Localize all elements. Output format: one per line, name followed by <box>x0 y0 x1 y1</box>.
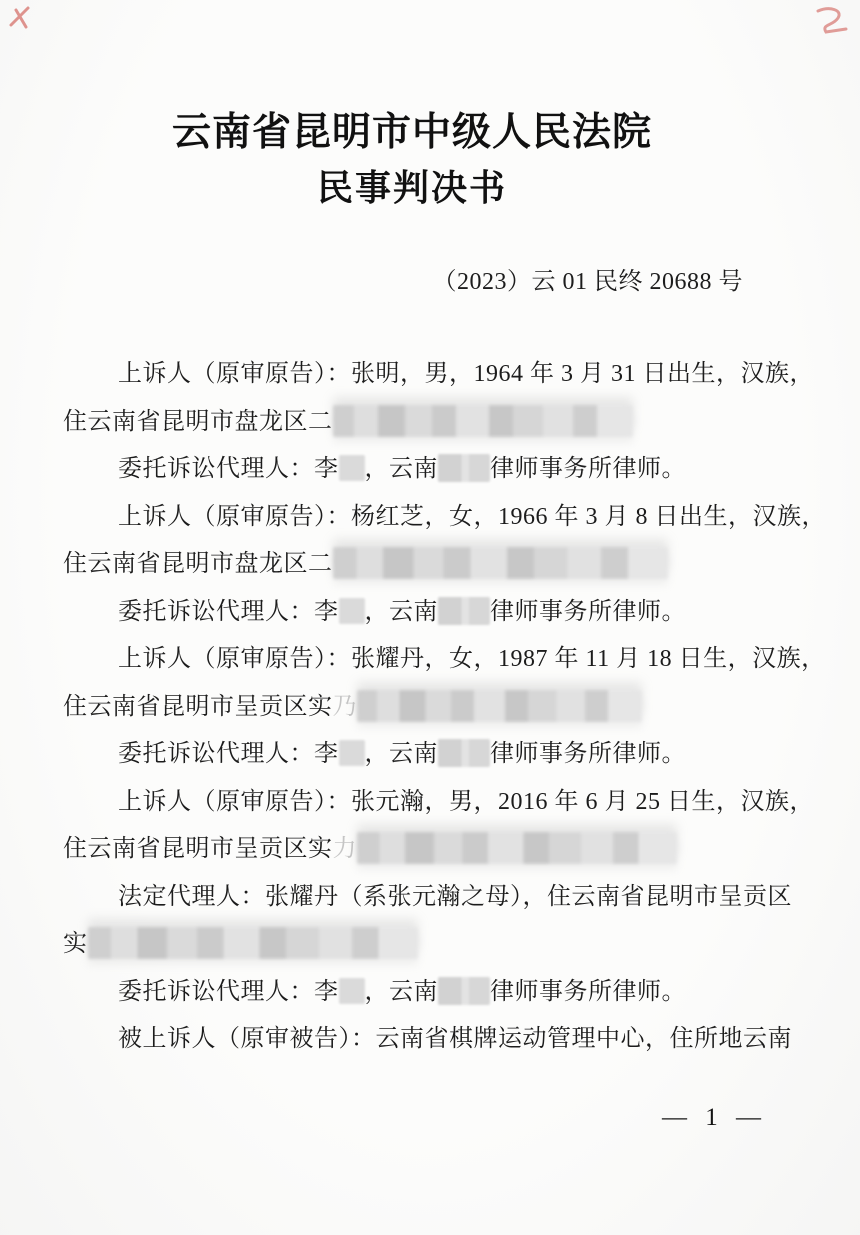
line-text: 法定代理人：张耀丹（系张元瀚之母），住云南省昆明市呈贡区 <box>118 884 792 910</box>
redacted-region <box>357 690 642 722</box>
body-line: 住云南省昆明市盘龙区二 <box>63 399 800 447</box>
line-text: 住云南省昆明市呈贡区实 <box>63 694 333 720</box>
line-text: 委托诉讼代理人：李 <box>118 979 339 1005</box>
body-line: 委托诉讼代理人：李，云南律师事务所律师。 <box>63 589 800 637</box>
line-text: 被上诉人（原审被告）：云南省棋牌运动管理中心，住所地云南 <box>118 1026 792 1052</box>
line-text: 实 <box>63 931 88 957</box>
body-line: 上诉人（原审原告）：张明，男，1964 年 3 月 31 日出生，汉族， <box>63 351 800 399</box>
redacted-region <box>438 597 490 625</box>
line-text: 律师事务所律师。 <box>490 456 686 482</box>
line-text: ，云南 <box>365 741 439 767</box>
redacted-region <box>88 927 418 959</box>
body-line: 上诉人（原审原告）：张耀丹，女，1987 年 11 月 18 日生，汉族， <box>63 636 800 684</box>
redacted-region <box>339 598 365 624</box>
document-body: 上诉人（原审原告）：张明，男，1964 年 3 月 31 日出生，汉族，住云南省… <box>63 351 800 1064</box>
line-text: 上诉人（原审原告）：张明，男，1964 年 3 月 31 日出生，汉族， <box>118 361 814 387</box>
page-number: — 1 — <box>662 1104 767 1132</box>
line-text: ，云南 <box>365 979 439 1005</box>
court-name-title: 云南省昆明市中级人民法院 <box>0 104 824 162</box>
line-text: 上诉人（原审原告）：杨红芝，女，1966 年 3 月 8 日出生，汉族， <box>118 504 826 530</box>
body-line: 法定代理人：张耀丹（系张元瀚之母），住云南省昆明市呈贡区 <box>63 874 800 922</box>
line-text: 委托诉讼代理人：李 <box>118 599 339 625</box>
redacted-region <box>333 405 633 437</box>
line-text: 住云南省昆明市呈贡区实 <box>63 836 333 862</box>
line-text: 上诉人（原审原告）：张元瀚，男，2016 年 6 月 25 日生，汉族， <box>118 789 814 815</box>
body-line: 实 <box>63 921 800 969</box>
redacted-region <box>357 832 677 864</box>
line-text: 委托诉讼代理人：李 <box>118 456 339 482</box>
redacted-region <box>438 739 490 767</box>
body-line: 住云南省昆明市呈贡区实乃 <box>63 684 800 732</box>
case-number: （2023）云 01 民终 20688 号 <box>433 261 744 296</box>
line-text: 住云南省昆明市盘龙区二 <box>63 551 333 577</box>
line-text: 委托诉讼代理人：李 <box>118 741 339 767</box>
body-line: 上诉人（原审原告）：张元瀚，男，2016 年 6 月 25 日生，汉族， <box>63 779 800 827</box>
body-line: 委托诉讼代理人：李，云南律师事务所律师。 <box>63 731 800 779</box>
line-text: 律师事务所律师。 <box>490 599 686 625</box>
line-text: 律师事务所律师。 <box>490 741 686 767</box>
redacted-region <box>438 977 490 1005</box>
body-line: 上诉人（原审原告）：杨红芝，女，1966 年 3 月 8 日出生，汉族， <box>63 494 800 542</box>
document-type-title: 民事判决书 <box>0 162 824 214</box>
judgment-document-page: 云南省昆明市中级人民法院 民事判决书 （2023）云 01 民终 20688 号… <box>0 0 860 1235</box>
redacted-region <box>339 978 365 1004</box>
red-pen-mark-icon <box>6 3 36 33</box>
line-text: ，云南 <box>365 599 439 625</box>
line-text: 住云南省昆明市盘龙区二 <box>63 409 333 435</box>
redacted-region <box>333 547 668 579</box>
red-pen-scribble-icon <box>811 4 853 40</box>
body-line: 住云南省昆明市呈贡区实力 <box>63 826 800 874</box>
body-line: 委托诉讼代理人：李，云南律师事务所律师。 <box>63 446 800 494</box>
body-line: 委托诉讼代理人：李，云南律师事务所律师。 <box>63 969 800 1017</box>
line-text: 上诉人（原审原告）：张耀丹，女，1987 年 11 月 18 日生，汉族， <box>118 646 826 672</box>
faded-partial-text: 乃 <box>333 694 358 720</box>
faded-partial-text: 力 <box>333 836 358 862</box>
line-text: 律师事务所律师。 <box>490 979 686 1005</box>
redacted-region <box>339 740 365 766</box>
redacted-region <box>438 454 490 482</box>
line-text: ，云南 <box>365 456 439 482</box>
body-line: 住云南省昆明市盘龙区二 <box>63 541 800 589</box>
document-header: 云南省昆明市中级人民法院 民事判决书 <box>0 104 824 214</box>
redacted-region <box>339 455 365 481</box>
body-line: 被上诉人（原审被告）：云南省棋牌运动管理中心，住所地云南 <box>63 1016 800 1064</box>
